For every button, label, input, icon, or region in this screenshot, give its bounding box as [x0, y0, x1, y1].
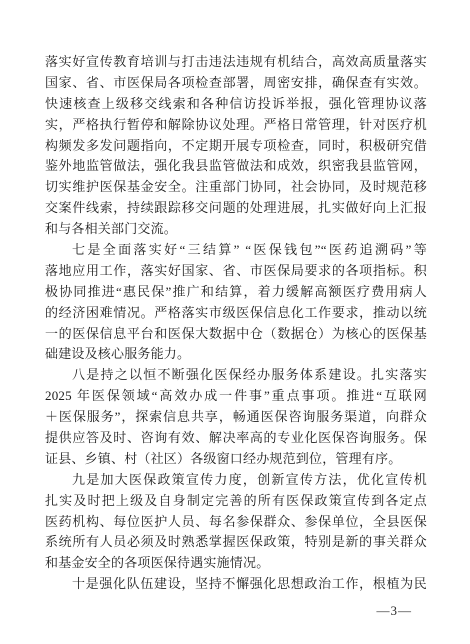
text-line: 础建设及核心服务能力。	[45, 344, 427, 365]
text-line: 构频发多发问题指向，不定期开展专项检查，同时，积极研究借	[45, 136, 427, 157]
text-line: 扎实及时把上级及自身制定完善的所有医保政策宣传到各定点	[45, 491, 427, 512]
page-number: —3—	[377, 603, 413, 619]
text-line: 国家、省、市医保局各项检查部署，周密安排，确保查有实效。	[45, 73, 427, 94]
text-line: 的经济困难情况。严格落实市级医保信息化工作要求，推动以统	[45, 303, 427, 324]
text-line: 提供应答及时、咨询有效、解决率高的专业化医保咨询服务。保	[45, 428, 427, 449]
text-line: 落地应用工作，落实好国家、省、市医保局要求的各项指标。积	[45, 261, 427, 282]
text-line: 极协同推进“惠民保”推广和结算，着力缓解高额医疗费用病人	[45, 282, 427, 303]
text-line: 证县、乡镇、村（社区）各级窗口经办规范到位，管理有序。	[45, 449, 427, 470]
text-line: 鉴外地监管做法，强化我县监管做法和成效，织密我县监管网，	[45, 156, 427, 177]
text-line: 快速核查上级移交线索和各种信访投诉举报，强化管理协议落	[45, 94, 427, 115]
text-line: ＋医保服务”，探索信息共享，畅通医保咨询服务渠道，向群众	[45, 407, 427, 428]
text-line: 交案件线索，持续跟踪移交问题的处理进展，扎实做好向上汇报	[45, 198, 427, 219]
text-line: 一的医保信息平台和医保大数据中仓（数据仓）为核心的医保基	[45, 324, 427, 345]
text-line: 实，严格执行暂停和解除协议处理。严格日常管理，针对医疗机	[45, 115, 427, 136]
document-page: 落实好宣传教育培训与打击违法违规有机结合，高效高质量落实 国家、省、市医保局各项…	[0, 0, 470, 644]
text-line: 落实好宣传教育培训与打击违法违规有机结合，高效高质量落实	[45, 52, 427, 73]
text-line: 九是加大医保政策宣传力度，创新宣传方法，优化宣传机制，	[45, 470, 427, 491]
text-line: 八是持之以恒不断强化医保经办服务体系建设。扎实落实	[45, 365, 427, 386]
text-line: 和与各相关部门交流。	[45, 219, 427, 240]
text-line: 医药机构、每位医护人员、每名参保群众、参保单位，全县医保	[45, 512, 427, 533]
text-line: 2025 年医保领域“高效办成一件事”重点事项。推进“互联网	[45, 386, 427, 407]
text-line: 系统所有人员必须及时熟悉掌握医保政策，特别是新的事关群众	[45, 532, 427, 553]
text-line: 七是全面落实好“三结算” “医保钱包”“医药追溯码”等	[45, 240, 427, 261]
document-body: 落实好宣传教育培训与打击违法违规有机结合，高效高质量落实 国家、省、市医保局各项…	[45, 52, 427, 595]
text-line: 切实维护医保基金安全。注重部门协同，社会协同，及时规范移	[45, 177, 427, 198]
text-line: 和基金安全的各项医保待遇实施情况。	[45, 553, 427, 574]
text-line: 十是强化队伍建设，坚持不懈强化思想政治工作，根植为民	[45, 574, 427, 595]
